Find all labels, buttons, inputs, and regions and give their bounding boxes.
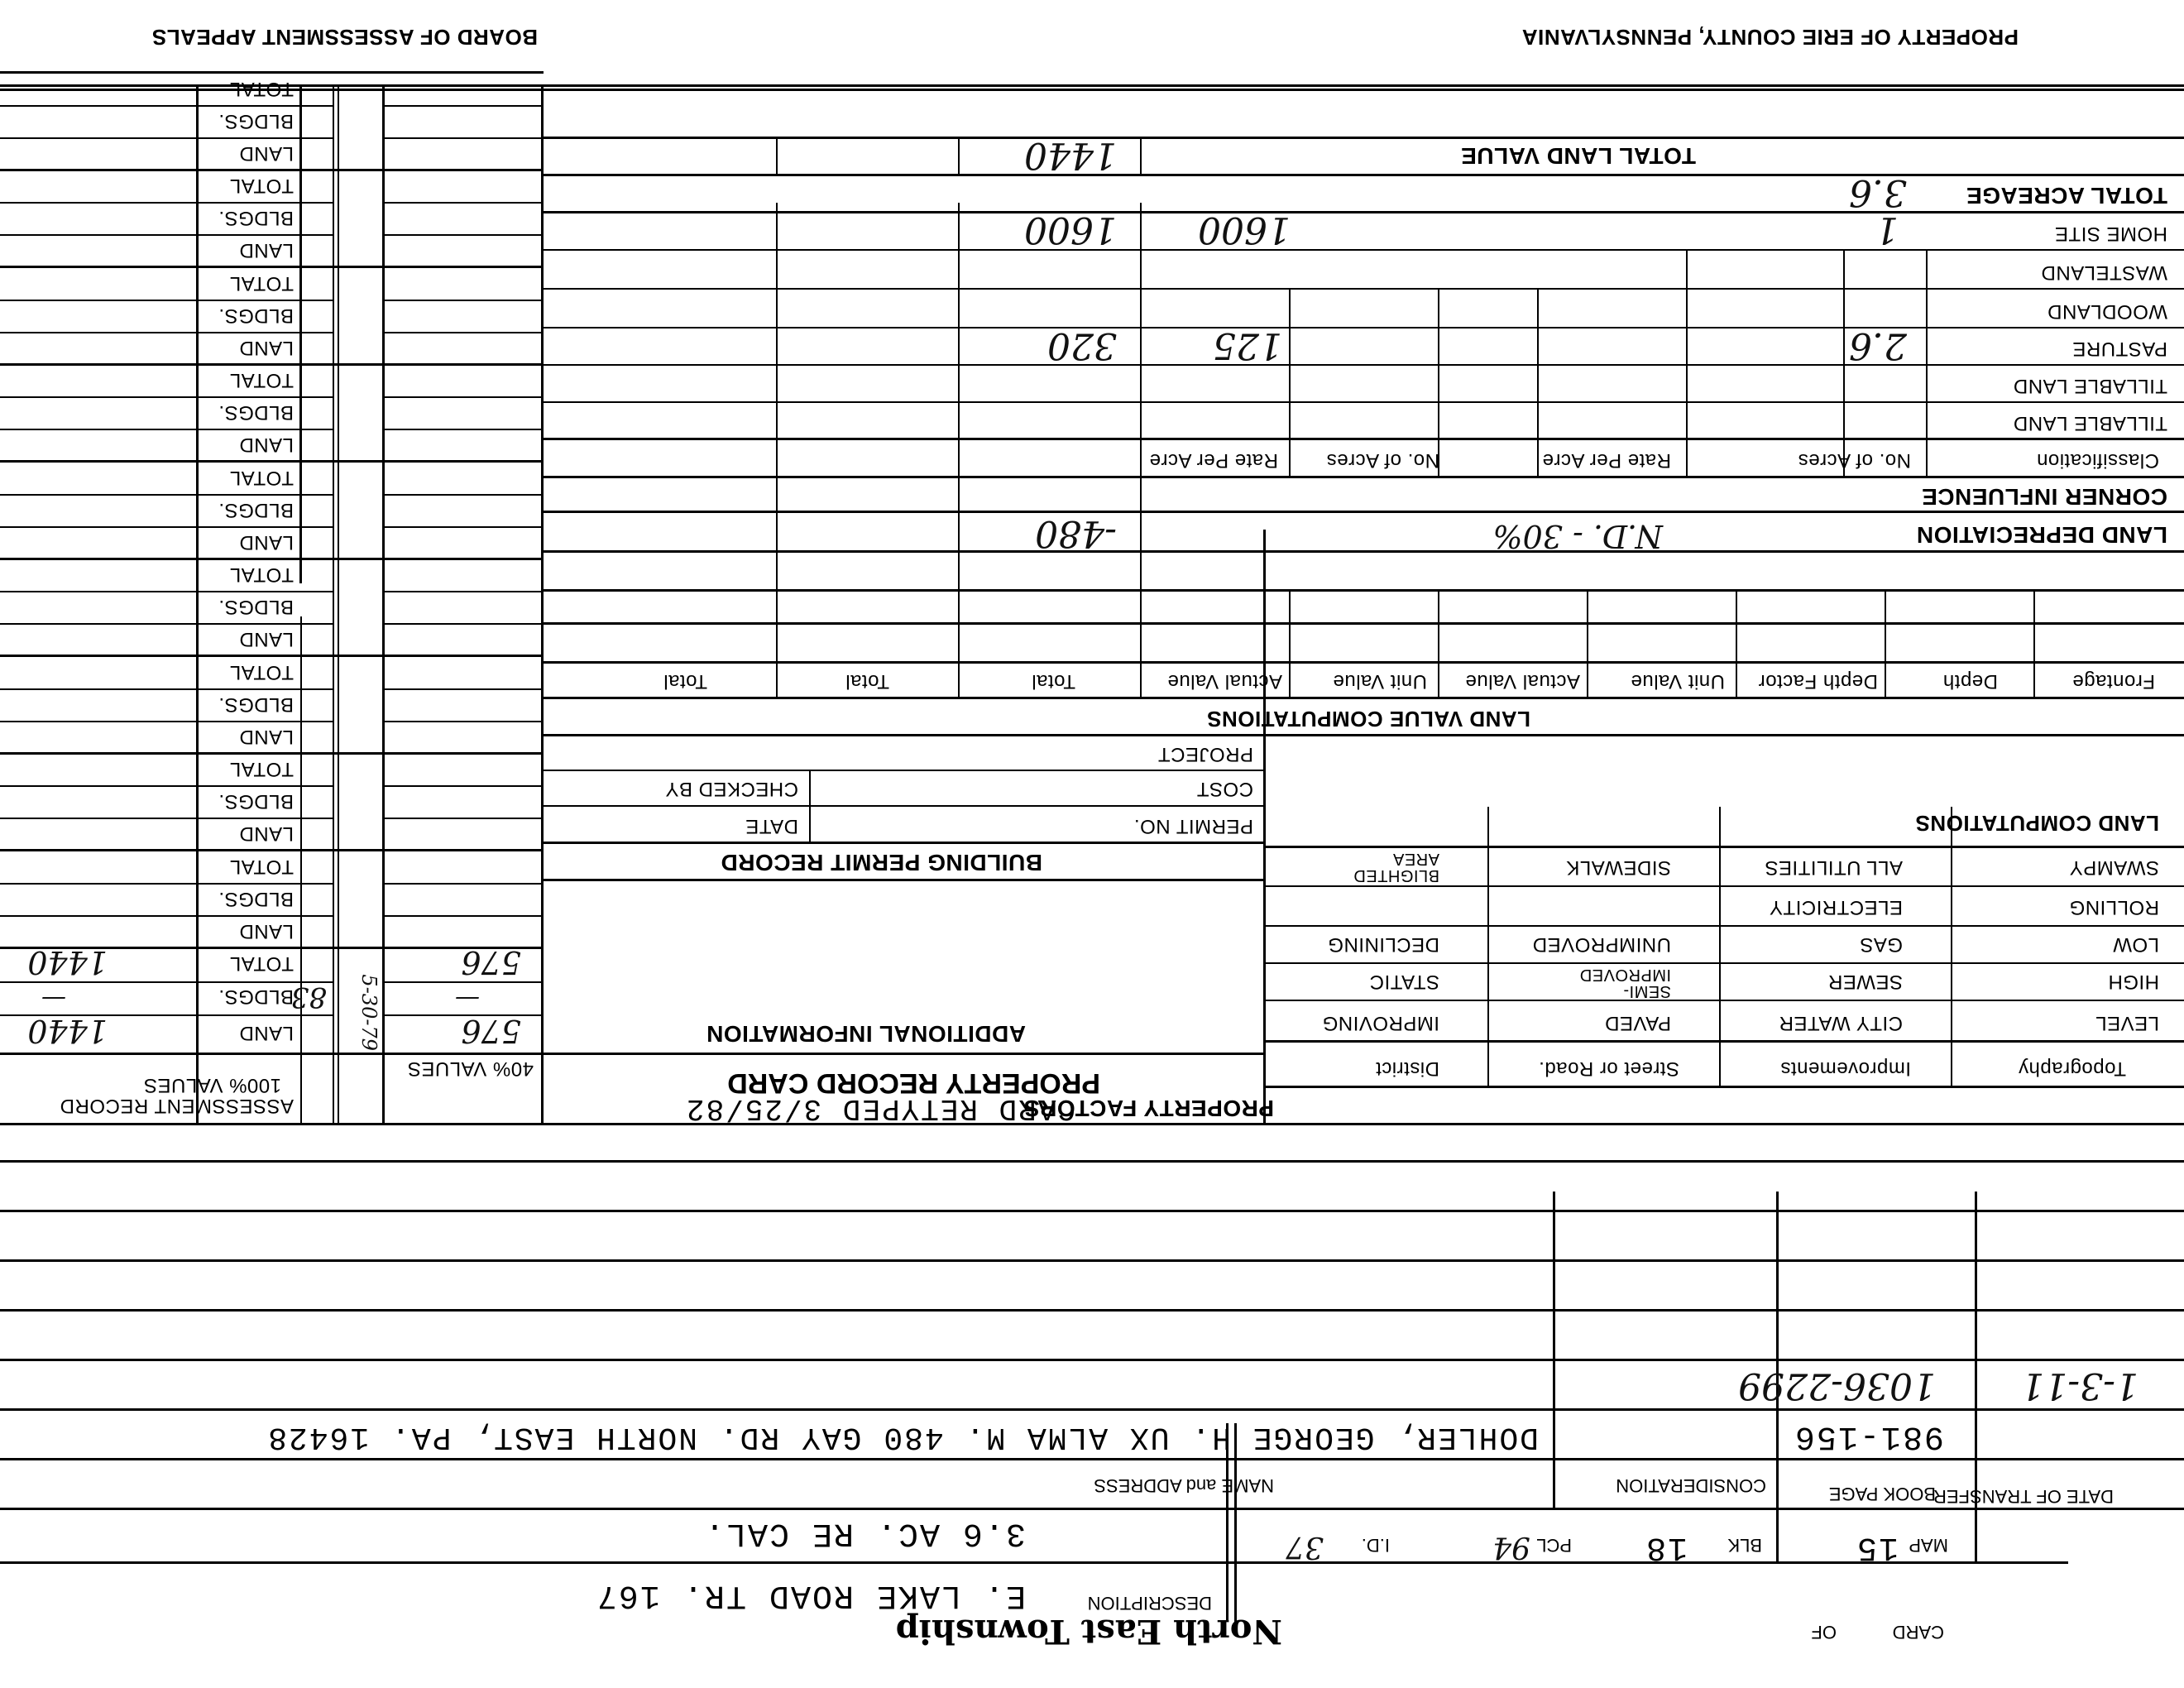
owner-banner: PROPERTY OF ERIE COUNTY, PENNSYLVANIA bbox=[1521, 24, 2019, 50]
impr-gas: GAS bbox=[1860, 933, 1903, 956]
total-40-value: 576 bbox=[461, 944, 521, 981]
card-of-label: OF bbox=[1811, 1621, 1837, 1642]
id-label: I.D. bbox=[1362, 1534, 1390, 1556]
col-topography: Topography bbox=[2019, 1057, 2126, 1080]
col-frontage: Frontage bbox=[2072, 669, 2155, 693]
assessment-row-bldgs: BLDGS. bbox=[218, 985, 294, 1008]
assessment-row-label: TOTAL bbox=[229, 757, 294, 780]
land-100-value: 1440 bbox=[27, 1013, 108, 1049]
district-improving: IMPROVING bbox=[1322, 1011, 1439, 1034]
col-no-of-acres-2: No. of Acres bbox=[1326, 448, 1439, 472]
pasture-acres: 2.6 bbox=[1849, 324, 1907, 367]
transfer-row-1-name-address: DOHLER, GEORGE H. UX ALMA M. 480 GAY RD.… bbox=[266, 1419, 1539, 1455]
assessment-record-title: ASSESSMENT RECORD bbox=[60, 1094, 294, 1117]
map-value: 15 bbox=[1856, 1528, 1899, 1566]
permit-date-label: DATE bbox=[745, 814, 798, 837]
col-rate-per-acre-1: Rate Per Acre bbox=[1542, 448, 1671, 472]
transfer-row-1-book-page: 981-156 bbox=[1794, 1417, 1944, 1455]
topo-low: LOW bbox=[2113, 933, 2159, 956]
col-100-values: 100% VALUES bbox=[144, 1073, 281, 1096]
land-value-computations-title: LAND VALUE COMPUTATIONS bbox=[1207, 706, 1530, 731]
project-label: PROJECT bbox=[1157, 742, 1253, 765]
assessment-row-label: BLDGS. bbox=[218, 498, 294, 521]
township-name: North East Township bbox=[896, 1612, 1282, 1651]
assessment-date-note: 5-30-79 bbox=[357, 974, 381, 1051]
street-unimproved: UNIMPROVED bbox=[1532, 933, 1671, 956]
assessment-row-label: LAND bbox=[239, 725, 294, 748]
row-home-site: HOME SITE bbox=[2054, 222, 2167, 245]
assessment-row-total: TOTAL bbox=[229, 952, 294, 975]
col-date-of-transfer: DATE OF TRANSFER bbox=[1933, 1488, 2114, 1504]
assessment-row-label: TOTAL bbox=[229, 77, 294, 100]
col-depth: Depth bbox=[1942, 669, 1998, 693]
assessment-row-label: BLDGS. bbox=[218, 400, 294, 424]
board-banner: BOARD OF ASSESSMENT APPEALS bbox=[151, 24, 538, 50]
row-pasture: PASTURE bbox=[2072, 337, 2167, 360]
street-sidewalk: SIDEWALK bbox=[1566, 856, 1671, 879]
land-computations-title: LAND COMPUTATIONS bbox=[1915, 810, 2159, 836]
district-blighted-area: BLIGHTED AREA bbox=[1324, 851, 1439, 884]
home-site-total: 1600 bbox=[1024, 209, 1117, 251]
row-tillable-land-2: TILLABLE LAND bbox=[2013, 374, 2167, 397]
property-record-card: PROPERTY OF ERIE COUNTY, PENNSYLVANIA BO… bbox=[0, 0, 2184, 1688]
additional-info-label: ADDITIONAL INFORMATION bbox=[706, 1020, 1026, 1047]
col-total-3: Total bbox=[663, 669, 707, 693]
card-label: CARD bbox=[1893, 1621, 1944, 1642]
topo-level: LEVEL bbox=[2095, 1011, 2159, 1034]
assessment-row-label: BLDGS. bbox=[218, 693, 294, 716]
home-site-rate: 1600 bbox=[1198, 209, 1291, 251]
assessment-row-label: BLDGS. bbox=[218, 887, 294, 910]
total-100-value: 1440 bbox=[27, 944, 108, 981]
home-site-acres: 1 bbox=[1875, 209, 1899, 251]
assessment-row-land: LAND bbox=[239, 1021, 294, 1044]
assessment-row-label: BLDGS. bbox=[218, 109, 294, 132]
assessment-row-label: LAND bbox=[239, 336, 294, 359]
description-line1: E. LAKE ROAD TR. 167 bbox=[596, 1576, 1026, 1614]
assessment-row-label: TOTAL bbox=[229, 855, 294, 878]
topo-high: HIGH bbox=[2108, 970, 2159, 993]
row-tillable-land-1: TILLABLE LAND bbox=[2013, 411, 2167, 434]
total-land-value: 1440 bbox=[1024, 134, 1117, 176]
col-classification: Classification bbox=[2037, 448, 2159, 472]
col-total-2: Total bbox=[845, 669, 889, 693]
assessment-row-label: LAND bbox=[239, 141, 294, 165]
transfer-row-2-date: 1-3-11 bbox=[2021, 1364, 2138, 1407]
col-total-1: Total bbox=[1032, 669, 1075, 693]
street-semi-improved: SEMI-IMPROVED bbox=[1555, 966, 1671, 1000]
record-card-title: PROPERTY RECORD CARD bbox=[727, 1067, 1100, 1099]
assessment-row-label: TOTAL bbox=[229, 660, 294, 683]
transfer-row-2-book-page: 1036-2299 bbox=[1738, 1364, 1936, 1407]
blk-label: BLK bbox=[1727, 1534, 1762, 1556]
assessment-row-label: BLDGS. bbox=[218, 304, 294, 327]
assessment-row-label: LAND bbox=[239, 628, 294, 651]
col-rate-per-acre-2: Rate Per Acre bbox=[1149, 448, 1278, 472]
topo-swampy: SWAMPY bbox=[2069, 856, 2159, 879]
cost-label: COST bbox=[1196, 777, 1253, 800]
assessment-row-label: BLDGS. bbox=[218, 595, 294, 618]
street-paved: PAVED bbox=[1605, 1011, 1671, 1034]
land-depreciation-total: -480 bbox=[1035, 512, 1117, 554]
col-actual-value-2: Actual Value bbox=[1167, 669, 1282, 693]
assessment-row-label: TOTAL bbox=[229, 563, 294, 586]
map-label: MAP bbox=[1909, 1534, 1948, 1556]
impr-city-water: CITY WATER bbox=[1779, 1011, 1903, 1034]
bldgs-100-value: — bbox=[41, 985, 66, 1014]
pcl-label: PCL bbox=[1536, 1534, 1572, 1556]
land-depreciation-label: LAND DEPRECIATION bbox=[1916, 521, 2167, 548]
total-acreage-value: 3.6 bbox=[1849, 171, 1907, 213]
row-woodland: WOODLAND bbox=[2047, 300, 2167, 323]
id-value: 37 bbox=[1286, 1530, 1324, 1564]
col-name-address: NAME and ADDRESS bbox=[1094, 1475, 1274, 1496]
pcl-value: 94 bbox=[1492, 1530, 1530, 1564]
land-depreciation-note: N.D. - 30% bbox=[1492, 518, 1663, 554]
row-wasteland: WASTELAND bbox=[2041, 261, 2167, 284]
assessment-row-label: TOTAL bbox=[229, 174, 294, 197]
assessment-row-label: LAND bbox=[239, 434, 294, 457]
blk-value: 18 bbox=[1645, 1528, 1688, 1566]
col-40-values: 40% VALUES bbox=[407, 1057, 534, 1080]
assessment-row-label: TOTAL bbox=[229, 466, 294, 489]
col-no-of-acres-1: No. of Acres bbox=[1798, 448, 1911, 472]
assessment-row-label: LAND bbox=[239, 239, 294, 262]
total-acreage-label: TOTAL ACREAGE bbox=[1966, 182, 2167, 209]
col-actual-value-1: Actual Value bbox=[1465, 669, 1580, 693]
assessment-row-label: LAND bbox=[239, 822, 294, 846]
assessment-row-label: LAND bbox=[239, 530, 294, 554]
total-land-value-label: TOTAL LAND VALUE bbox=[1461, 142, 1696, 169]
assessment-row-label: BLDGS. bbox=[218, 789, 294, 813]
permit-no-label: PERMIT NO. bbox=[1133, 814, 1253, 837]
corner-influence-label: CORNER INFLUENCE bbox=[1922, 483, 2167, 510]
col-consideration: CONSIDERATION bbox=[1616, 1475, 1766, 1496]
building-permit-title: BUILDING PERMIT RECORD bbox=[721, 849, 1042, 875]
district-declining: DECLINING bbox=[1328, 933, 1439, 956]
description-label: DESCRIPTION bbox=[1088, 1592, 1212, 1614]
checked-by-label: CHECKED BY bbox=[665, 777, 798, 800]
district-static: STATIC bbox=[1369, 970, 1439, 993]
assessment-row-label: LAND bbox=[239, 919, 294, 942]
bldgs-40-value: — bbox=[455, 985, 480, 1014]
col-district: District bbox=[1376, 1057, 1439, 1080]
assessment-row-label: BLDGS. bbox=[218, 206, 294, 229]
pasture-total: 320 bbox=[1047, 324, 1117, 367]
col-street-or-road: Street or Road. bbox=[1539, 1057, 1679, 1080]
assessment-row-label: TOTAL bbox=[229, 271, 294, 295]
impr-all-utilities: ALL UTILITIES bbox=[1765, 856, 1903, 879]
col-depth-factor: Depth Factor bbox=[1758, 669, 1878, 693]
description-line2: 3.6 AC. RE CAL. bbox=[703, 1514, 1026, 1551]
impr-sewer: SEWER bbox=[1827, 970, 1903, 993]
col-book-page: BOOK PAGE bbox=[1829, 1483, 1936, 1504]
pasture-rate: 125 bbox=[1213, 324, 1282, 367]
col-unit-value-2: Unit Value bbox=[1333, 669, 1427, 693]
assessment-row-label: TOTAL bbox=[229, 368, 294, 391]
topo-rolling: ROLLING bbox=[2069, 895, 2159, 918]
land-40-value: 576 bbox=[461, 1013, 521, 1049]
col-unit-value-1: Unit Value bbox=[1631, 669, 1725, 693]
assessment-year: 83 bbox=[291, 981, 327, 1014]
impr-electricity: ELECTRICITY bbox=[1769, 895, 1903, 918]
col-improvements: Improvements bbox=[1780, 1057, 1911, 1080]
